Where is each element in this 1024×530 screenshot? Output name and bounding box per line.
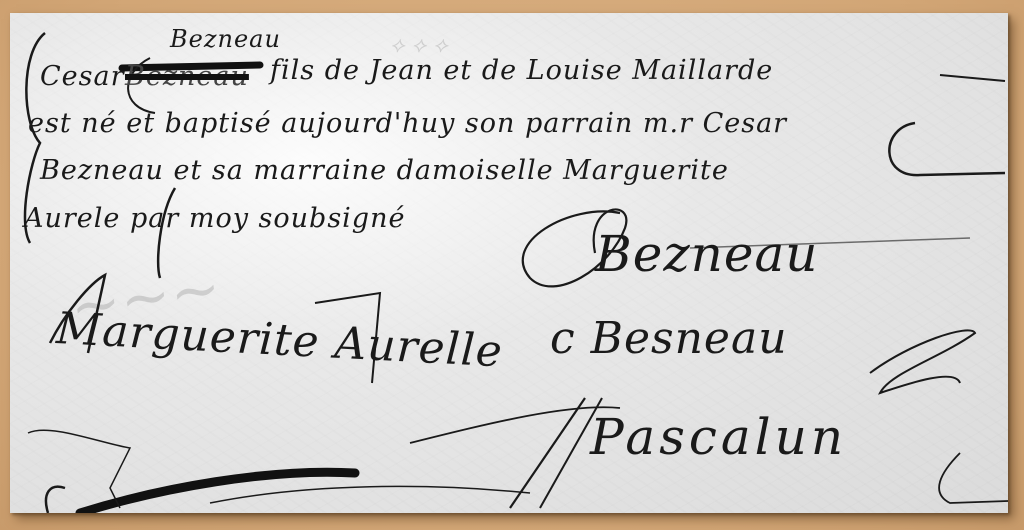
signature-bezneau-godfather: Bezneau: [595, 225, 818, 283]
line-1-struck-surname: Bezneau: [125, 61, 249, 92]
margin-note-correction: Bezneau: [170, 25, 281, 53]
photo-frame: ⟡ ⟡ ⟡ ~~~: [0, 0, 1024, 530]
line-1-given-name: Cesar: [40, 61, 125, 92]
signature-priest: Pascalun: [590, 408, 847, 466]
register-page: ⟡ ⟡ ⟡ ~~~: [10, 13, 1008, 513]
line-3-text: Bezneau et sa marraine damoiselle Margue…: [40, 155, 729, 186]
line-1-parents: fils de Jean et de Louise Maillarde: [270, 55, 773, 86]
signature-marguerite-aurelle: Marguerite Aurelle: [55, 303, 504, 377]
line-2-text: est né et baptisé aujourd'huy son parrai…: [28, 108, 787, 139]
signature-besneau-father: c Besneau: [550, 313, 788, 364]
line-4-text: Aurele par moy soubsigné: [24, 203, 405, 234]
